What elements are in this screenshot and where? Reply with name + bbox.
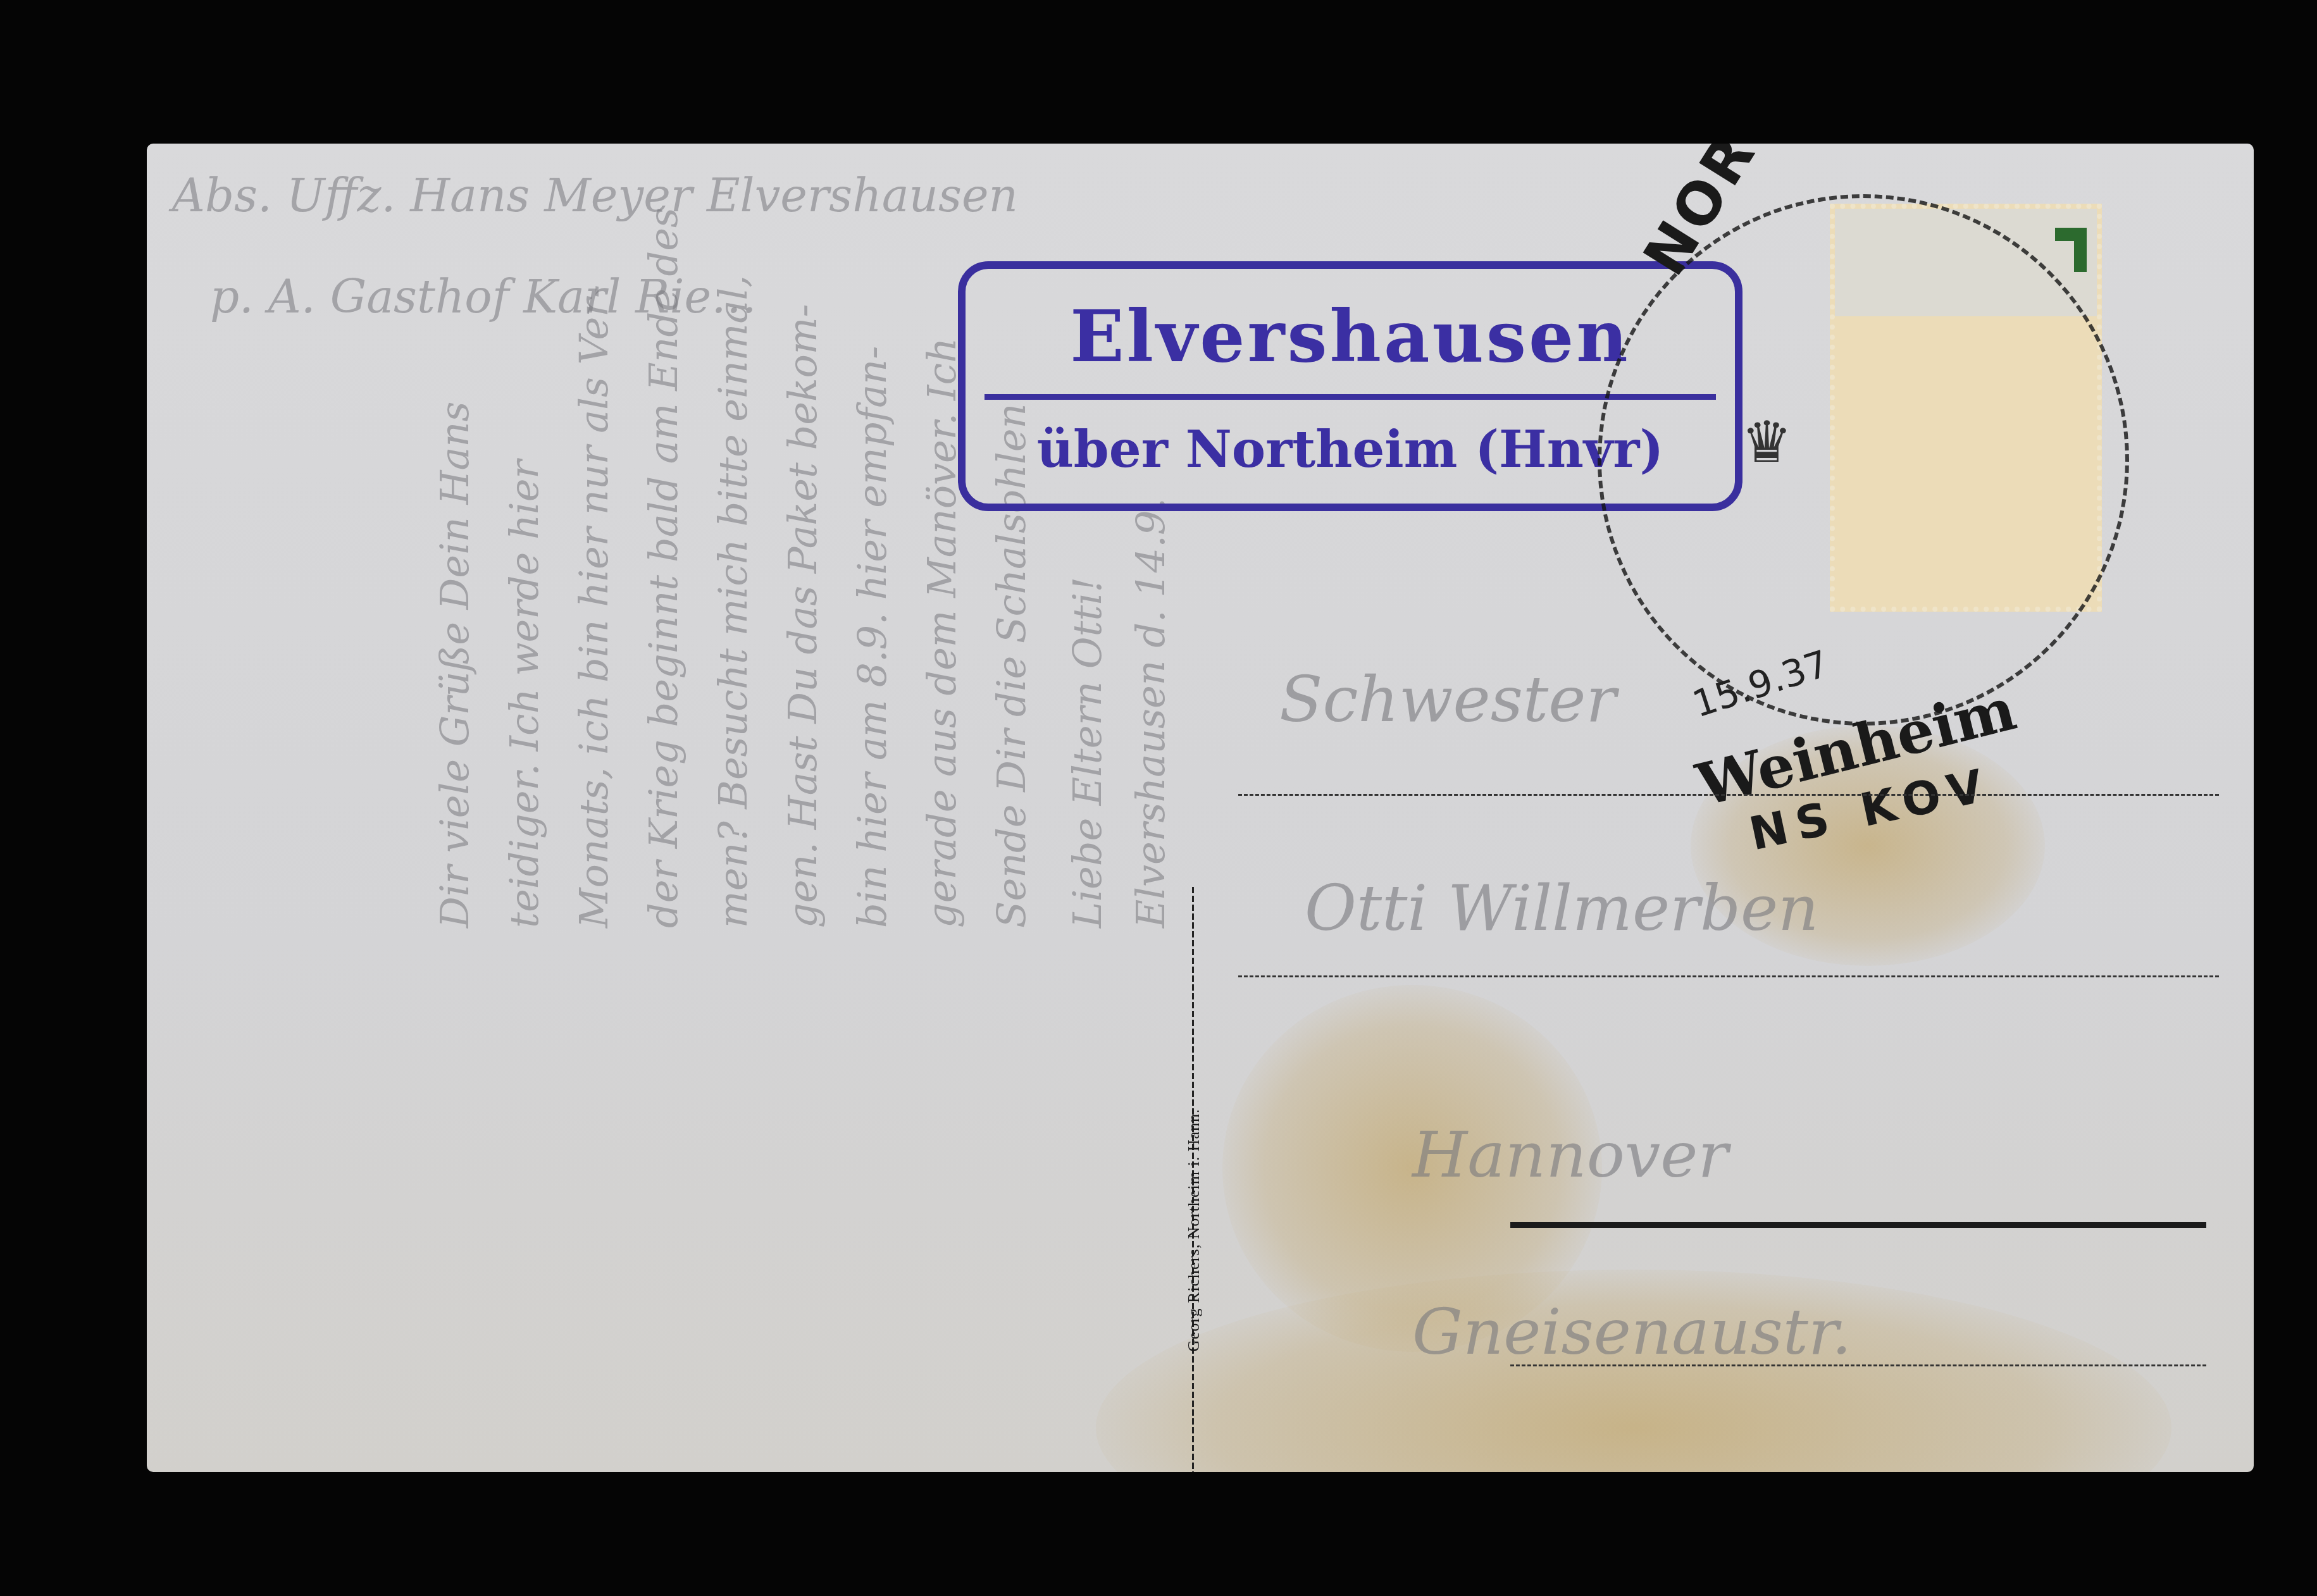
message-line: Liebe Eltern Otti! bbox=[1064, 577, 1110, 928]
message-line: gen. Hast Du das Paket bekom- bbox=[780, 304, 826, 928]
message-line: men? Besucht mich bitte einmal, bbox=[710, 275, 756, 928]
address-line3: Hannover bbox=[1412, 1118, 1728, 1192]
message-line: Elvershausen d. 14.9. bbox=[1127, 498, 1174, 928]
address-rule bbox=[1510, 1364, 2206, 1366]
message-line: der Krieg beginnt bald am Ende des bbox=[640, 207, 686, 928]
message-line: Monats, ich bin hier nur als Ver- bbox=[571, 285, 617, 928]
address-rule bbox=[1238, 794, 2219, 796]
postcard: Abs. Uffz. Hans Meyer Elvershausen p. A.… bbox=[147, 144, 2254, 1472]
address-rule-city bbox=[1510, 1222, 2206, 1228]
sender-note-line1: Abs. Uffz. Hans Meyer Elvershausen bbox=[172, 169, 1018, 222]
message-line: Dir viele Grüße Dein Hans bbox=[432, 402, 478, 928]
message-line: bin hier am 8.9. hier empfan- bbox=[849, 346, 895, 928]
address-line4: Gneisenaustr. bbox=[1412, 1295, 1851, 1369]
address-rule bbox=[1238, 975, 2219, 977]
address-line2: Otti Willmerben bbox=[1305, 871, 1819, 945]
address-line1: Schwester bbox=[1279, 662, 1616, 736]
crown-icon: ♛ bbox=[1741, 409, 1792, 476]
publisher-imprint: Georg Richers, Northeim i. Hann. bbox=[1184, 1108, 1203, 1352]
message-line: teidiger. Ich werde hier bbox=[501, 460, 547, 928]
